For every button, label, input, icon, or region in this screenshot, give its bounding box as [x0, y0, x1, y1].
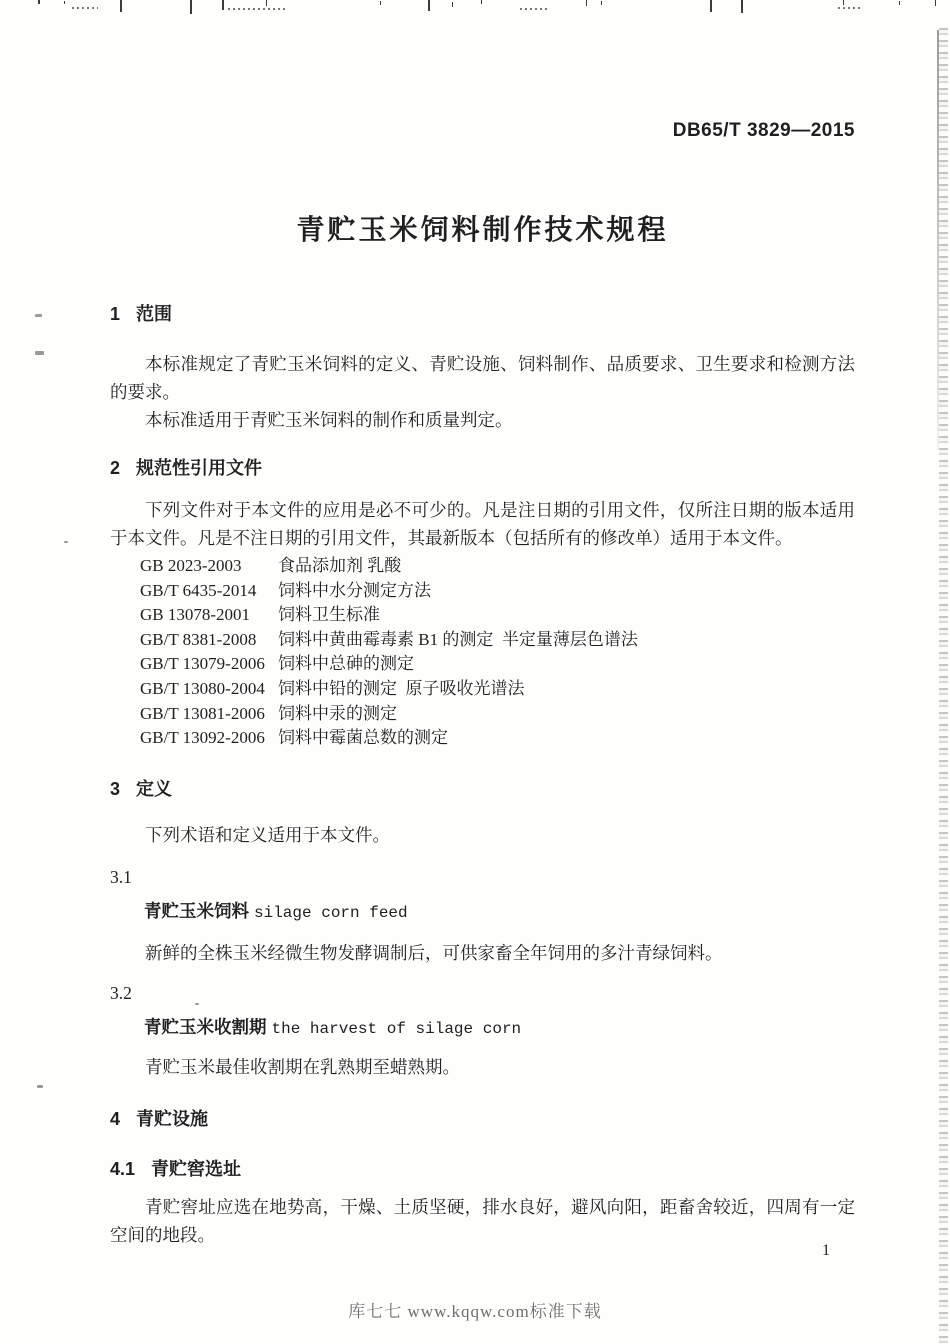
scan-mark: [899, 1, 900, 5]
section-2-title: 规范性引用文件: [136, 458, 262, 478]
reference-code: GB/T 6435-2014: [140, 579, 278, 604]
section-1-paragraph-1: 本标准规定了青贮玉米饲料的定义、青贮设施、饲料制作、品质要求、卫生要求和检测方法…: [110, 350, 855, 406]
section-4-1-paragraph: 青贮窖址应选在地势高，干燥、土质坚硬，排水良好，避风向阳，距畜舍较近，四周有一定…: [110, 1193, 855, 1249]
section-1-heading: 1范围: [110, 302, 855, 326]
section-1-title: 范围: [136, 304, 172, 324]
scan-edge-artifact: [939, 28, 948, 1344]
section-4-number: 4: [110, 1107, 120, 1131]
reference-item: GB 2023-2003食品添加剂 乳酸: [140, 554, 855, 579]
section-4-1-heading: 4.1青贮窖选址: [110, 1157, 855, 1181]
reference-code: GB 2023-2003: [140, 554, 278, 579]
term-3-2-line: 青贮玉米收割期the harvest of silage corn: [144, 1015, 855, 1041]
standard-number: DB65/T 3829—2015: [110, 120, 855, 142]
term-3-2-name-cn: 青贮玉米收割期: [144, 1017, 267, 1037]
reference-code: GB/T 13080-2004: [140, 677, 278, 702]
reference-code: GB/T 13079-2006: [140, 652, 278, 677]
reference-title: 饲料中黄曲霉毒素 B1 的测定 半定量薄层色谱法: [278, 630, 638, 649]
reference-item: GB/T 13079-2006饲料中总砷的测定: [140, 652, 855, 677]
scan-mark: [64, 1, 65, 4]
reference-item: GB/T 13092-2006饲料中霉菌总数的测定: [140, 726, 855, 751]
reference-title: 饲料中水分测定方法: [278, 581, 431, 600]
reference-title: 饲料卫生标准: [278, 605, 380, 624]
reference-title: 饲料中铅的测定 原子吸收光谱法: [278, 679, 525, 698]
section-3-title: 定义: [136, 779, 172, 799]
term-3-1-number: 3.1: [110, 865, 855, 889]
reference-code: GB 13078-2001: [140, 603, 278, 628]
scan-speck: [37, 1085, 43, 1088]
reference-title: 食品添加剂 乳酸: [278, 556, 401, 575]
scan-mark: [72, 7, 98, 9]
reference-item: GB/T 6435-2014饲料中水分测定方法: [140, 579, 855, 604]
reference-item: GB/T 8381-2008饲料中黄曲霉毒素 B1 的测定 半定量薄层色谱法: [140, 628, 855, 653]
scan-speck: [35, 351, 44, 355]
scan-speck: [35, 314, 42, 317]
section-1-paragraph-2: 本标准适用于青贮玉米饲料的制作和质量判定。: [110, 406, 855, 434]
page-number: 1: [822, 1242, 830, 1260]
reference-item: GB 13078-2001饲料卫生标准: [140, 603, 855, 628]
section-4-1-number: 4.1: [110, 1157, 135, 1181]
term-3-2-definition: 青贮玉米最佳收割期在乳熟期至蜡熟期。: [110, 1053, 855, 1081]
section-3-number: 3: [110, 777, 120, 801]
term-3-1-name-en: silage corn feed: [254, 904, 408, 922]
references-list: GB 2023-2003食品添加剂 乳酸 GB/T 6435-2014饲料中水分…: [140, 554, 855, 751]
reference-title: 饲料中霉菌总数的测定: [278, 728, 448, 747]
reference-code: GB/T 13092-2006: [140, 726, 278, 751]
term-3-1-definition: 新鲜的全株玉米经微生物发酵调制后，可供家畜全年饲用的多汁青绿饲料。: [110, 939, 855, 967]
section-4-1-title: 青贮窖选址: [151, 1159, 241, 1179]
reference-code: GB/T 8381-2008: [140, 628, 278, 653]
document-content: DB65/T 3829—2015 青贮玉米饲料制作技术规程 1范围 本标准规定了…: [110, 0, 855, 1249]
scan-mark: [935, 0, 936, 6]
section-1-number: 1: [110, 302, 120, 326]
section-4-heading: 4青贮设施: [110, 1107, 855, 1131]
section-4-title: 青贮设施: [136, 1109, 208, 1129]
reference-title: 饲料中汞的测定: [278, 704, 397, 723]
scan-mark: [38, 0, 40, 4]
document-title: 青贮玉米饲料制作技术规程: [110, 212, 855, 248]
section-2-number: 2: [110, 456, 120, 480]
reference-item: GB/T 13081-2006饲料中汞的测定: [140, 702, 855, 727]
term-3-2-number: 3.2: [110, 981, 855, 1005]
document-page: DB65/T 3829—2015 青贮玉米饲料制作技术规程 1范围 本标准规定了…: [0, 0, 950, 1344]
section-3-intro: 下列术语和定义适用于本文件。: [110, 821, 855, 849]
scan-speck: [64, 541, 68, 543]
section-2-heading: 2规范性引用文件: [110, 456, 855, 480]
term-3-2-name-en: the harvest of silage corn: [272, 1020, 522, 1038]
reference-title: 饲料中总砷的测定: [278, 654, 414, 673]
footer-watermark: 库七七 www.kqqw.com标准下载: [0, 1297, 950, 1322]
reference-code: GB/T 13081-2006: [140, 702, 278, 727]
reference-item: GB/T 13080-2004饲料中铅的测定 原子吸收光谱法: [140, 677, 855, 702]
section-3-heading: 3定义: [110, 777, 855, 801]
term-3-1-name-cn: 青贮玉米饲料: [144, 901, 249, 921]
term-3-1-line: 青贮玉米饲料silage corn feed: [144, 899, 855, 925]
section-2-paragraph: 下列文件对于本文件的应用是必不可少的。凡是注日期的引用文件，仅所注日期的版本适用…: [110, 496, 855, 552]
